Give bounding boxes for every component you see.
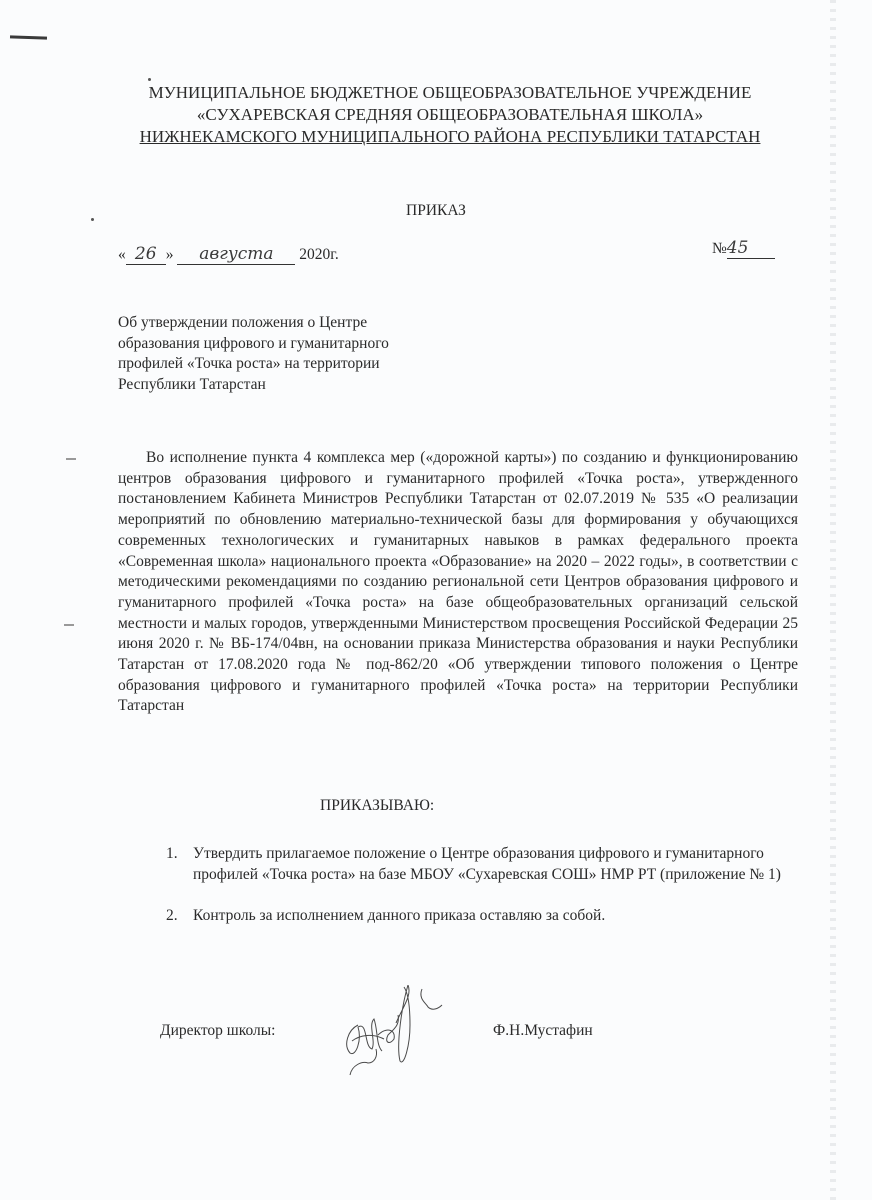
order-items: 1. Утвердить прилагаемое положение о Цен… [166, 844, 806, 948]
subject-line: Об утверждении положения о Центре [118, 313, 438, 334]
signatory-position: Директор школы: [160, 1022, 275, 1040]
number-sign: № [712, 240, 727, 257]
order-item: 2. Контроль за исполнением данного прика… [166, 906, 806, 927]
number-value: 45 [727, 238, 775, 259]
order-item: 1. Утвердить прилагаемое положение о Цен… [166, 844, 806, 885]
scan-artifact-dash [64, 624, 74, 626]
header-line-1: МУНИЦИПАЛЬНОЕ БЮДЖЕТНОЕ ОБЩЕОБРАЗОВАТЕЛЬ… [100, 82, 800, 104]
date-close-quote: » [166, 246, 174, 263]
preamble-paragraph: Во исполнение пункта 4 комплекса мер («д… [118, 448, 798, 717]
document-page: МУНИЦИПАЛЬНОЕ БЮДЖЕТНОЕ ОБЩЕОБРАЗОВАТЕЛЬ… [0, 0, 872, 1200]
scan-artifact-mark [10, 35, 47, 39]
order-number: №45 [712, 238, 775, 259]
item-number: 2. [166, 906, 178, 927]
order-subject: Об утверждении положения о Центре образо… [118, 313, 438, 395]
scan-artifact-strip [830, 0, 836, 1200]
item-text: Контроль за исполнением данного приказа … [193, 907, 605, 924]
signatory-name: Ф.Н.Мустафин [493, 1022, 593, 1040]
organization-header: МУНИЦИПАЛЬНОЕ БЮДЖЕТНОЕ ОБЩЕОБРАЗОВАТЕЛЬ… [100, 82, 800, 148]
header-line-2: «СУХАРЕВСКАЯ СРЕДНЯЯ ОБЩЕОБРАЗОВАТЕЛЬНАЯ… [100, 104, 800, 126]
header-line-3: НИЖНЕКАМСКОГО МУНИЦИПАЛЬНОГО РАЙОНА РЕСП… [100, 126, 800, 148]
date-year: 2020г. [299, 246, 338, 263]
order-heading: ПРИКАЗЫВАЮ: [320, 797, 434, 815]
scan-artifact-dash [66, 458, 76, 460]
date-day: 26 [126, 244, 166, 265]
subject-line: профилей «Точка роста» на территории [118, 354, 438, 375]
subject-line: образования цифрового и гуманитарного [118, 334, 438, 355]
handwritten-signature [338, 985, 458, 1090]
order-date: «26» августа 2020г. [118, 244, 339, 265]
item-text: Утвердить прилагаемое положение о Центре… [193, 845, 781, 883]
scan-artifact-dot [148, 78, 151, 81]
date-open-quote: « [118, 246, 126, 263]
subject-line: Республики Татарстан [118, 375, 438, 396]
document-title: ПРИКАЗ [0, 202, 872, 220]
date-month: августа [177, 244, 295, 265]
item-number: 1. [166, 844, 178, 865]
